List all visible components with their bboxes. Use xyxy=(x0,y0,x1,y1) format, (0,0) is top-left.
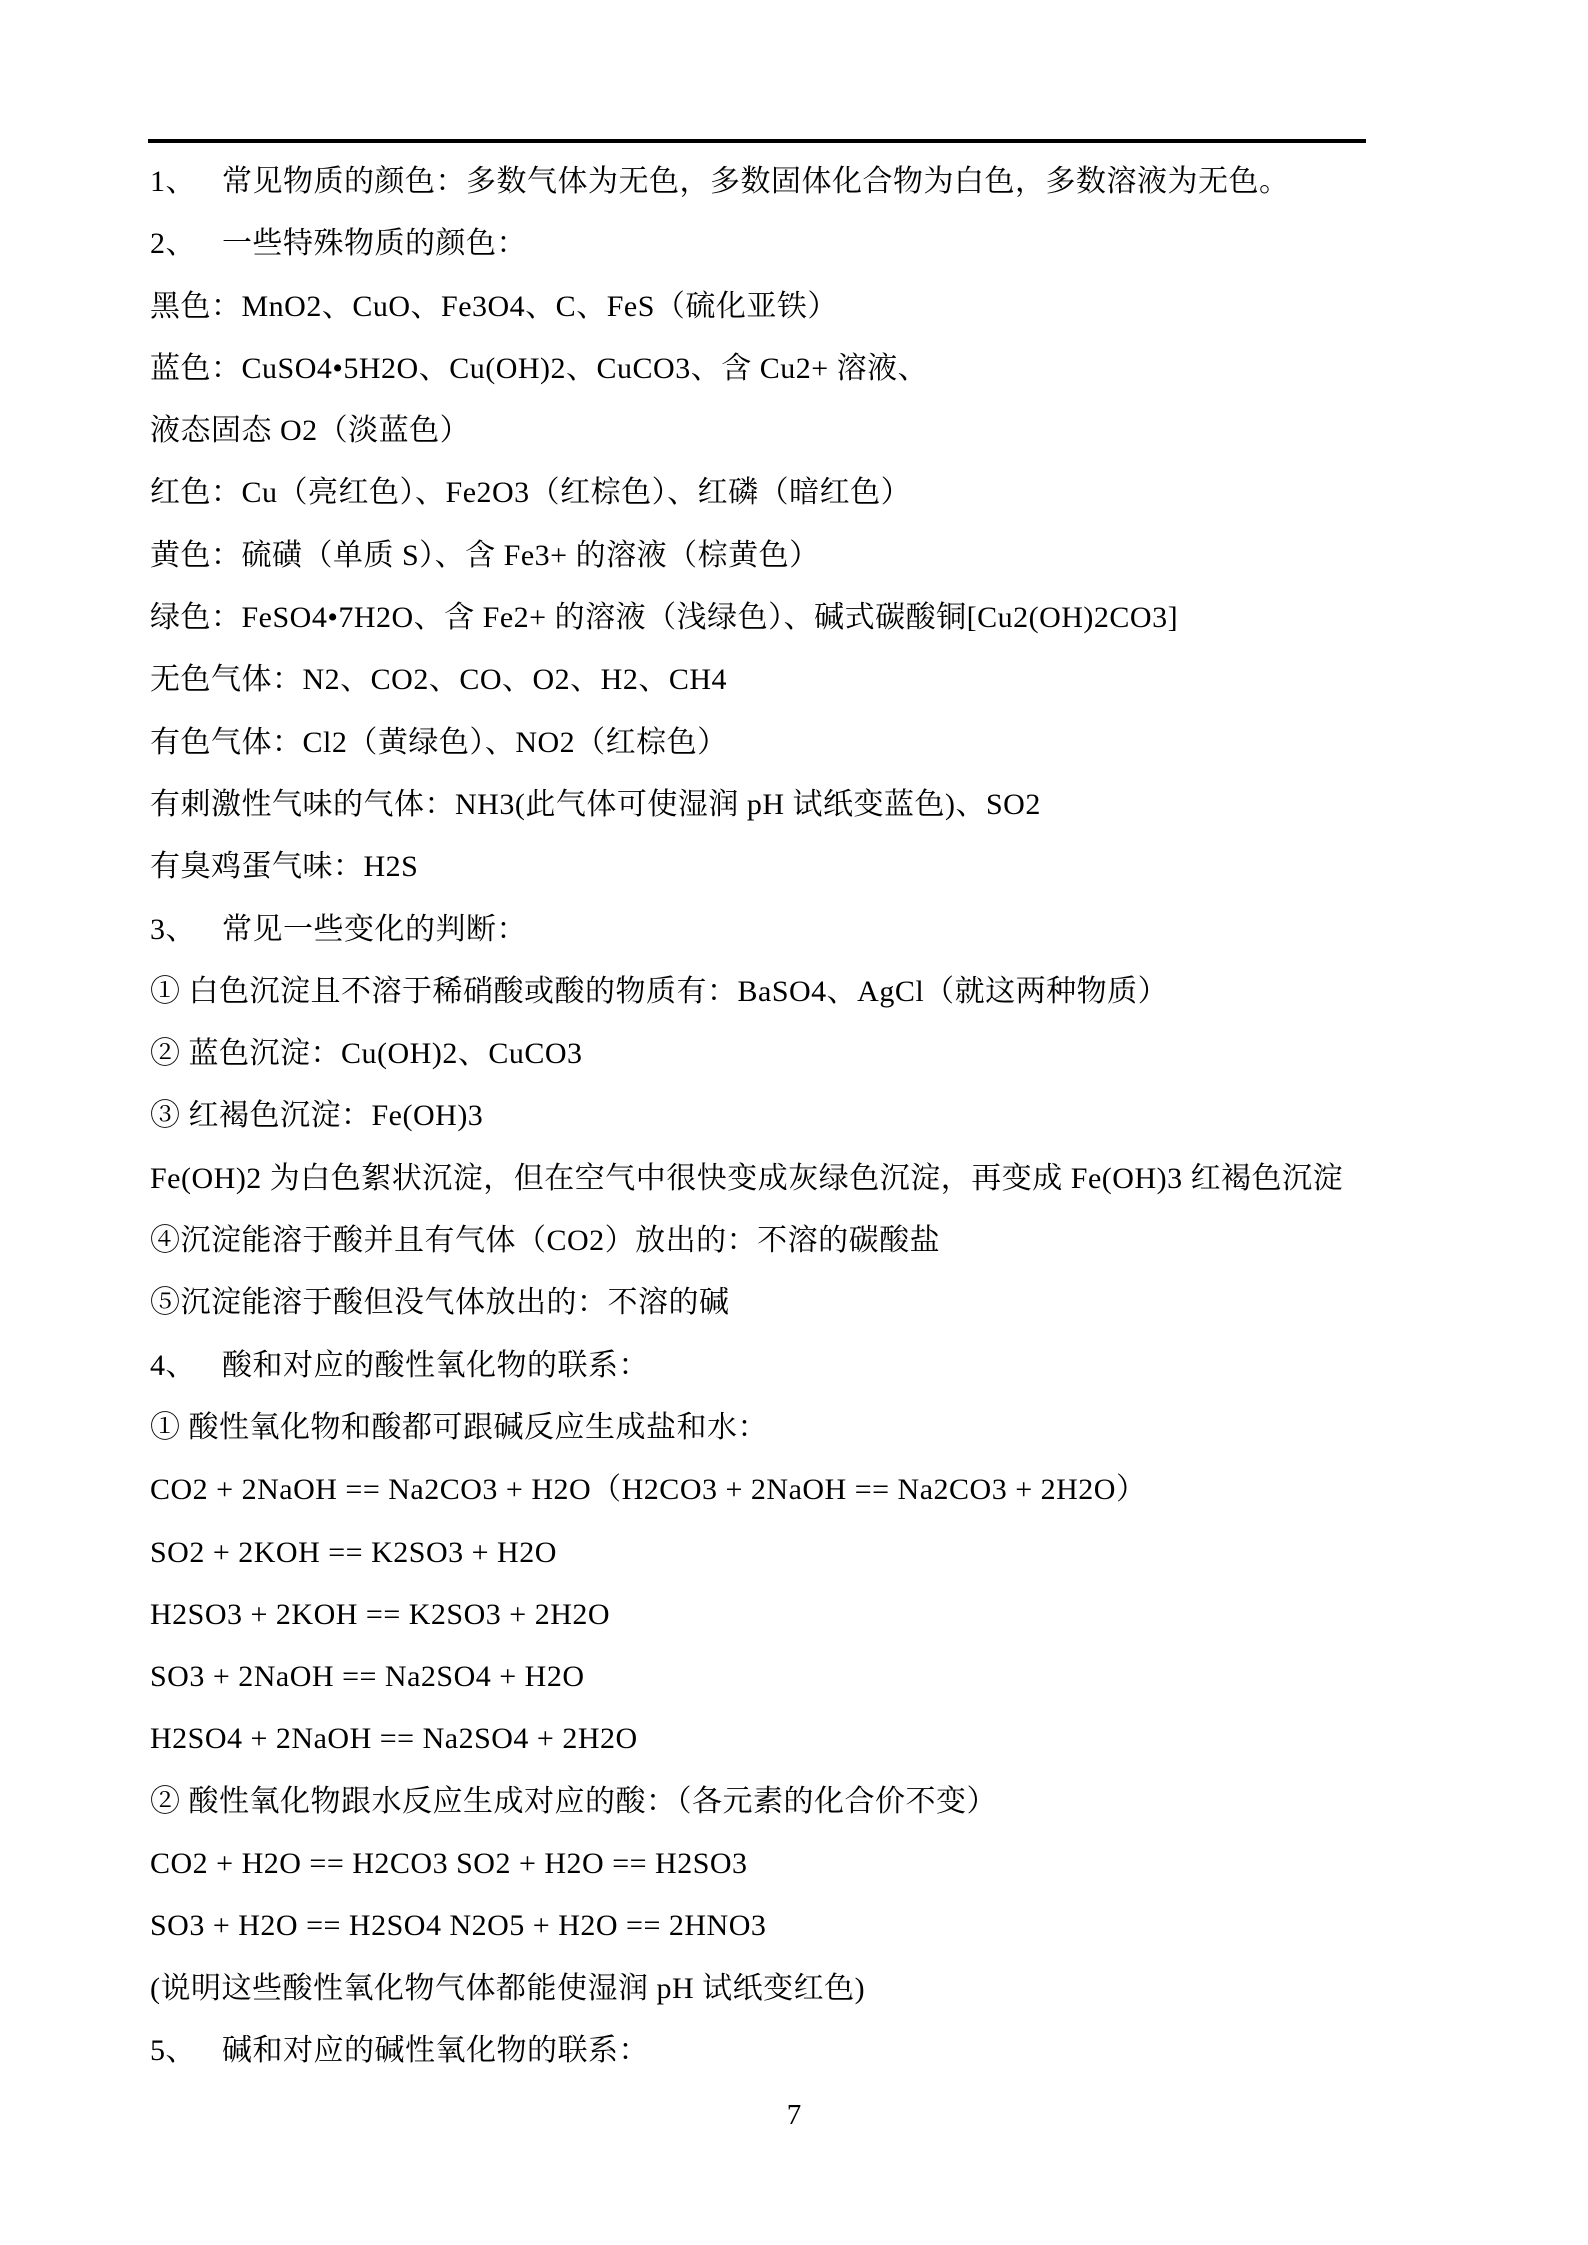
text-line: 蓝色：CuSO4•5H2O、Cu(OH)2、CuCO3、含 Cu2+ 溶液、 xyxy=(150,338,1480,400)
line-text: 常见物质的颜色：多数气体为无色，多数固体化合物为白色，多数溶液为无色。 xyxy=(222,165,1290,198)
line-text: 蓝色：CuSO4•5H2O、Cu(OH)2、CuCO3、含 Cu2+ 溶液、 xyxy=(150,352,928,385)
line-text: ① 酸性氧化物和酸都可跟碱反应生成盐和水： xyxy=(150,1411,768,1444)
line-text: 黄色：硫磺（单质 S）、含 Fe3+ 的溶液（棕黄色） xyxy=(150,539,820,572)
text-line: ③ 红褐色沉淀：Fe(OH)3 xyxy=(150,1085,1480,1147)
line-text: 黑色：MnO2、CuO、Fe3O4、C、FeS（硫化亚铁） xyxy=(150,290,838,323)
line-text: H2SO4 + 2NaOH == Na2SO4 + 2H2O xyxy=(150,1722,638,1755)
line-text: 无色气体：N2、CO2、CO、O2、H2、CH4 xyxy=(150,663,727,696)
line-text: H2SO3 + 2KOH == K2SO3 + 2H2O xyxy=(150,1598,610,1631)
text-line: ② 蓝色沉淀：Cu(OH)2、CuCO3 xyxy=(150,1023,1480,1085)
document-body: 1、常见物质的颜色：多数气体为无色，多数固体化合物为白色，多数溶液为无色。 2、… xyxy=(150,151,1480,2082)
line-text: 有色气体：Cl2（黄绿色）、NO2（红棕色） xyxy=(150,726,728,759)
text-line: 5、碱和对应的碱性氧化物的联系： xyxy=(150,2020,1480,2082)
text-line: SO3 + H2O == H2SO4 N2O5 + H2O == 2HNO3 xyxy=(150,1895,1480,1957)
list-number: 2、 xyxy=(150,227,196,260)
line-text: 绿色：FeSO4•7H2O、含 Fe2+ 的溶液（浅绿色）、碱式碳酸铜[Cu2(… xyxy=(150,601,1178,634)
line-text: SO3 + H2O == H2SO4 N2O5 + H2O == 2HNO3 xyxy=(150,1909,766,1942)
line-text: ② 蓝色沉淀：Cu(OH)2、CuCO3 xyxy=(150,1037,583,1070)
line-text: ④沉淀能溶于酸并且有气体（CO2）放出的：不溶的碳酸盐 xyxy=(150,1224,940,1257)
text-line: SO3 + 2NaOH == Na2SO4 + H2O xyxy=(150,1646,1480,1708)
line-text: SO3 + 2NaOH == Na2SO4 + H2O xyxy=(150,1660,585,1693)
line-text: ③ 红褐色沉淀：Fe(OH)3 xyxy=(150,1099,483,1132)
document-page: 1、常见物质的颜色：多数气体为无色，多数固体化合物为白色，多数溶液为无色。 2、… xyxy=(0,0,1588,2245)
text-line: H2SO3 + 2KOH == K2SO3 + 2H2O xyxy=(150,1584,1480,1646)
text-line: 黑色：MnO2、CuO、Fe3O4、C、FeS（硫化亚铁） xyxy=(150,276,1480,338)
line-text: ① 白色沉淀且不溶于稀硝酸或酸的物质有：BaSO4、AgCl（就这两种物质） xyxy=(150,975,1168,1008)
line-text: 一些特殊物质的颜色： xyxy=(222,227,527,260)
text-line: ⑤沉淀能溶于酸但没气体放出的：不溶的碱 xyxy=(150,1272,1480,1334)
line-text: 常见一些变化的判断： xyxy=(222,913,527,946)
page-number: 7 xyxy=(0,2098,1588,2132)
text-line: 绿色：FeSO4•7H2O、含 Fe2+ 的溶液（浅绿色）、碱式碳酸铜[Cu2(… xyxy=(150,587,1480,649)
header-rule xyxy=(148,139,1366,143)
text-line: 有色气体：Cl2（黄绿色）、NO2（红棕色） xyxy=(150,712,1480,774)
text-line: SO2 + 2KOH == K2SO3 + H2O xyxy=(150,1522,1480,1584)
text-line: 有刺激性气味的气体：NH3(此气体可使湿润 pH 试纸变蓝色)、SO2 xyxy=(150,774,1480,836)
line-text: 有刺激性气味的气体：NH3(此气体可使湿润 pH 试纸变蓝色)、SO2 xyxy=(150,788,1041,821)
line-text: ⑤沉淀能溶于酸但没气体放出的：不溶的碱 xyxy=(150,1286,730,1319)
line-text: 有臭鸡蛋气味：H2S xyxy=(150,850,418,883)
text-line: 4、酸和对应的酸性氧化物的联系： xyxy=(150,1335,1480,1397)
text-line: (说明这些酸性氧化物气体都能使湿润 pH 试纸变红色) xyxy=(150,1958,1480,2020)
text-line: H2SO4 + 2NaOH == Na2SO4 + 2H2O xyxy=(150,1708,1480,1770)
line-text: 液态固态 O2（淡蓝色） xyxy=(150,414,470,447)
text-line: 有臭鸡蛋气味：H2S xyxy=(150,836,1480,898)
text-line: Fe(OH)2 为白色絮状沉淀，但在空气中很快变成灰绿色沉淀，再变成 Fe(OH… xyxy=(150,1148,1480,1210)
text-line: 液态固态 O2（淡蓝色） xyxy=(150,400,1480,462)
line-text: (说明这些酸性氧化物气体都能使湿润 pH 试纸变红色) xyxy=(150,1972,865,2005)
text-line: ④沉淀能溶于酸并且有气体（CO2）放出的：不溶的碳酸盐 xyxy=(150,1210,1480,1272)
text-line: CO2 + 2NaOH == Na2CO3 + H2O（H2CO3 + 2NaO… xyxy=(150,1459,1480,1521)
line-text: 碱和对应的碱性氧化物的联系： xyxy=(222,2034,649,2067)
text-line: 2、一些特殊物质的颜色： xyxy=(150,213,1480,275)
line-text: ② 酸性氧化物跟水反应生成对应的酸：（各元素的化合价不变） xyxy=(150,1785,997,1818)
text-line: 3、常见一些变化的判断： xyxy=(150,899,1480,961)
text-line: CO2 + H2O == H2CO3 SO2 + H2O == H2SO3 xyxy=(150,1833,1480,1895)
line-text: Fe(OH)2 为白色絮状沉淀，但在空气中很快变成灰绿色沉淀，再变成 Fe(OH… xyxy=(150,1162,1343,1195)
list-number: 4、 xyxy=(150,1349,196,1382)
list-number: 3、 xyxy=(150,913,196,946)
text-line: 黄色：硫磺（单质 S）、含 Fe3+ 的溶液（棕黄色） xyxy=(150,525,1480,587)
list-number: 1、 xyxy=(150,165,196,198)
line-text: SO2 + 2KOH == K2SO3 + H2O xyxy=(150,1536,557,1569)
text-line: ② 酸性氧化物跟水反应生成对应的酸：（各元素的化合价不变） xyxy=(150,1771,1480,1833)
line-text: 酸和对应的酸性氧化物的联系： xyxy=(222,1349,649,1382)
line-text: CO2 + 2NaOH == Na2CO3 + H2O（H2CO3 + 2NaO… xyxy=(150,1473,1146,1506)
text-line: ① 白色沉淀且不溶于稀硝酸或酸的物质有：BaSO4、AgCl（就这两种物质） xyxy=(150,961,1480,1023)
list-number: 5、 xyxy=(150,2034,196,2067)
text-line: 无色气体：N2、CO2、CO、O2、H2、CH4 xyxy=(150,649,1480,711)
text-line: ① 酸性氧化物和酸都可跟碱反应生成盐和水： xyxy=(150,1397,1480,1459)
text-line: 红色：Cu（亮红色）、Fe2O3（红棕色）、红磷（暗红色） xyxy=(150,462,1480,524)
line-text: CO2 + H2O == H2CO3 SO2 + H2O == H2SO3 xyxy=(150,1847,748,1880)
text-line: 1、常见物质的颜色：多数气体为无色，多数固体化合物为白色，多数溶液为无色。 xyxy=(150,151,1480,213)
line-text: 红色：Cu（亮红色）、Fe2O3（红棕色）、红磷（暗红色） xyxy=(150,476,911,509)
